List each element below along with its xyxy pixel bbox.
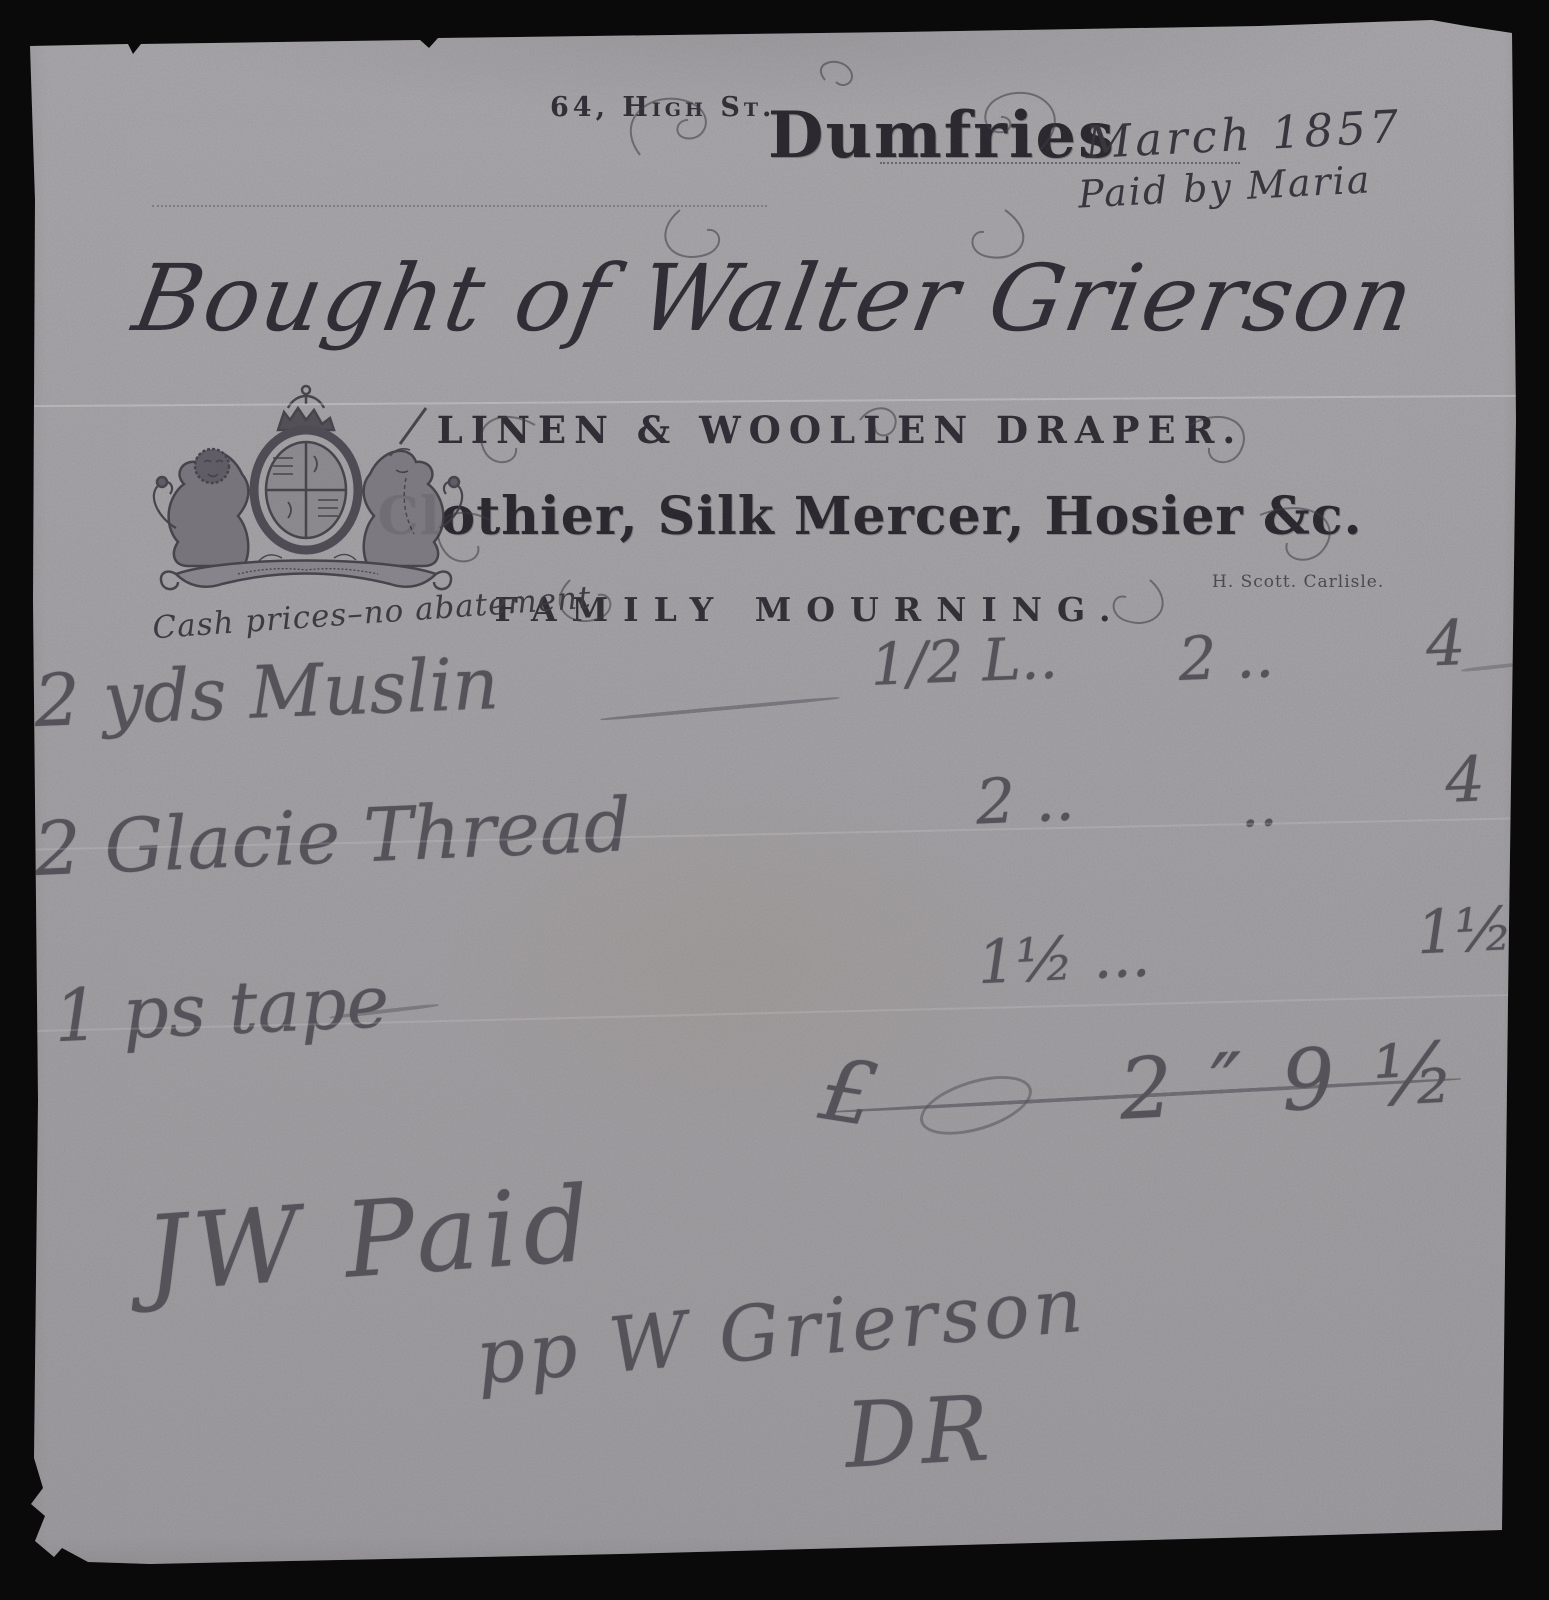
receipt-paper: 64, High St. Dumfries March 1857 Paid by… [0, 0, 1549, 1600]
pen-stroke [1461, 661, 1529, 672]
ledger-item-total: 4 [1444, 742, 1486, 817]
pen-stroke [600, 696, 839, 722]
total-amount: 2 ″ 9 ½ [1117, 1023, 1463, 1139]
ledger-item-price: 1/2 L.. [869, 624, 1059, 699]
flourish-ornaments [430, 60, 1470, 640]
ledger-item-amount: 2 .. [1177, 621, 1275, 695]
ledger-item-price: 1½ ... [976, 921, 1152, 999]
ledger-item-amount: .. [1239, 771, 1279, 840]
royal-coat-of-arms [138, 378, 478, 600]
ledger-item-desc: 2 yds Muslin [33, 641, 501, 743]
receipt-scan: 64, High St. Dumfries March 1857 Paid by… [0, 0, 1549, 1600]
total-currency-symbol: £ [814, 1039, 884, 1146]
ledger-item-desc: 1 ps tape [52, 959, 391, 1058]
pen-loop-flourish [913, 1064, 1039, 1146]
initials: DR [842, 1376, 995, 1489]
ledger-item-total: 1½ [1415, 894, 1514, 968]
